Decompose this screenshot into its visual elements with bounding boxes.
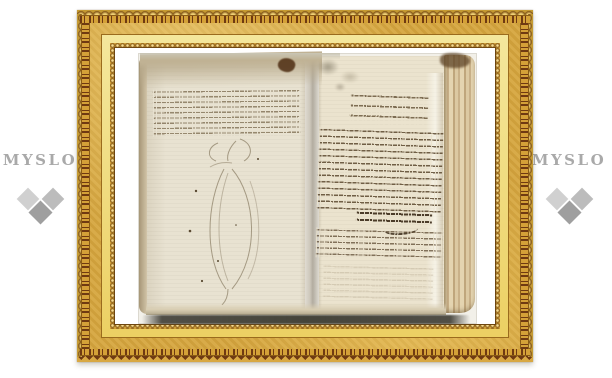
- watermark-left: MYSLO: [4, 152, 76, 226]
- photo-top-edge: [140, 53, 340, 60]
- right-page-closing-paragraph: [316, 227, 443, 260]
- book-bottom-page-edges: [146, 303, 446, 315]
- gilded-picture-frame: [77, 10, 533, 362]
- frame-dart-edge-bottom: [77, 356, 533, 362]
- myslo-wordmark: MYSLO: [3, 152, 77, 169]
- book-fore-edge: [444, 55, 475, 313]
- heart-sketch: [166, 133, 316, 305]
- news-photo-canvas: MYSLO MYSLO: [0, 0, 612, 378]
- frame-cream-slope: [101, 34, 509, 338]
- frame-mat: [114, 47, 496, 325]
- left-page-handwriting: [153, 88, 300, 137]
- right-page-heading: [349, 92, 428, 127]
- frame-gold-face: [90, 23, 520, 349]
- myslo-wordmark: MYSLO: [532, 152, 606, 169]
- frame-motif-band-right: [520, 23, 529, 349]
- right-page-top-smudges: [316, 55, 368, 95]
- frame-motif-band-bottom: [80, 348, 530, 356]
- watermark-right: MYSLO: [533, 152, 605, 226]
- frame-inner-bead-row: [110, 43, 500, 329]
- right-page-paragraph: [317, 127, 444, 213]
- myslo-heart-icon: [17, 188, 64, 226]
- ink-show-through: [323, 264, 434, 301]
- manuscript-photo: [138, 53, 477, 324]
- fore-edge-stain: [440, 53, 470, 68]
- table-shadow: [142, 315, 470, 324]
- frame-motif-band-left: [81, 23, 90, 349]
- myslo-heart-icon: [546, 188, 593, 226]
